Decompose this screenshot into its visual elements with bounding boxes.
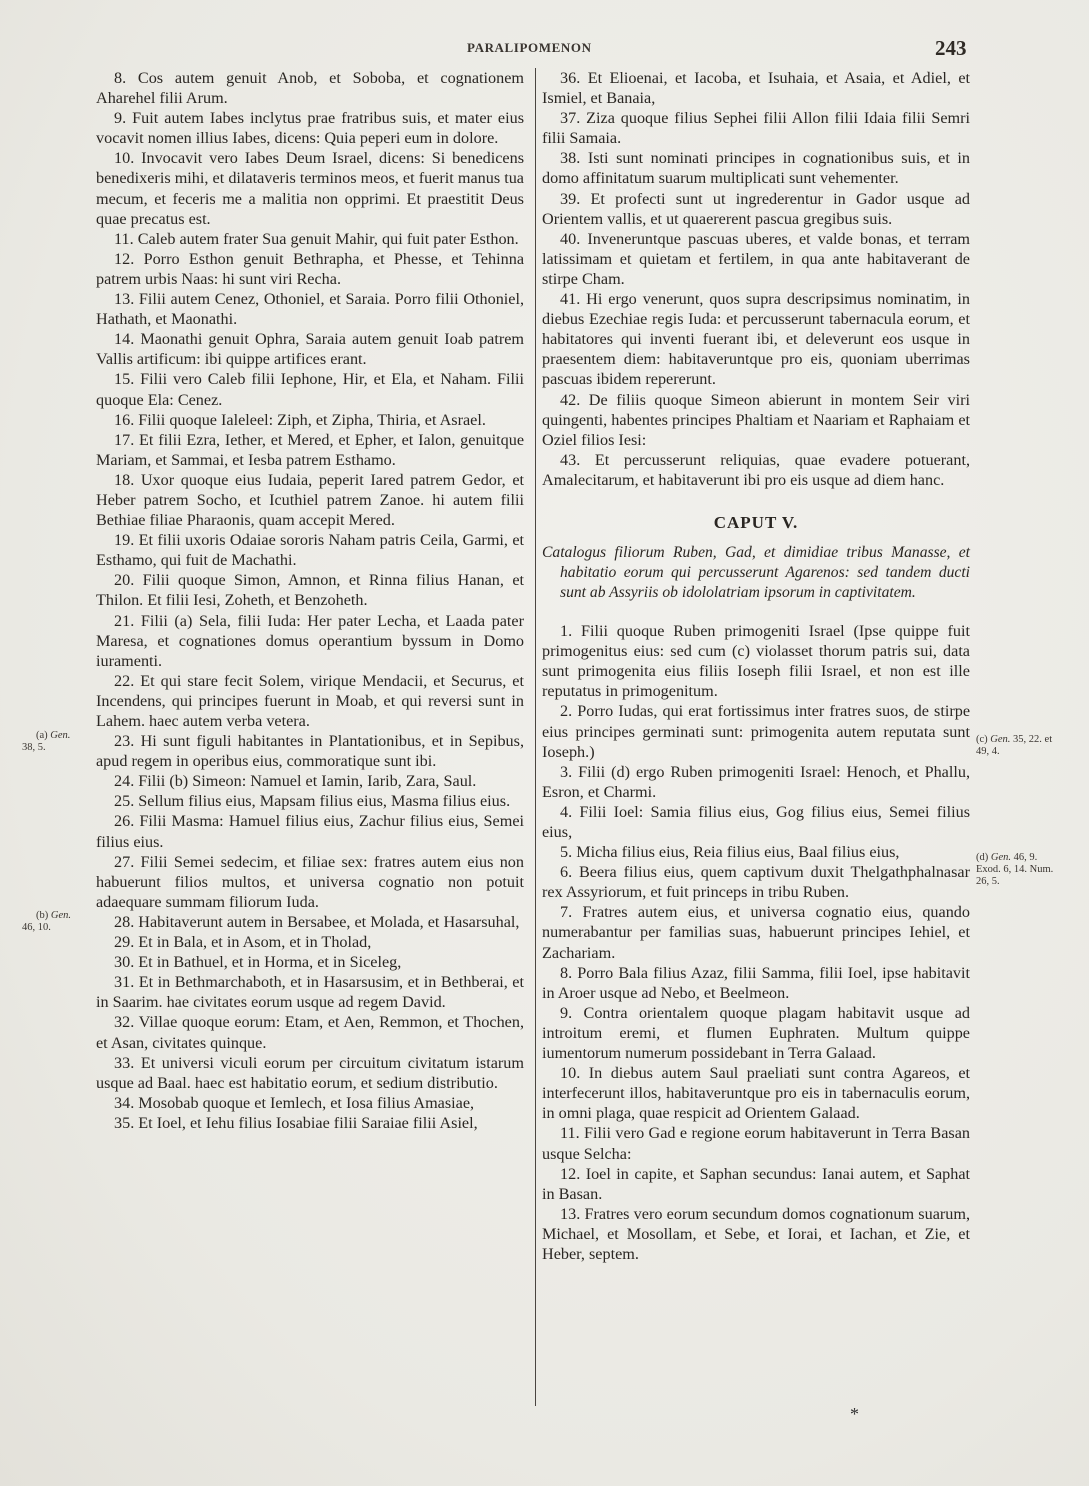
verse-text: Et qui stare fecit Solem, virique Mendac…	[96, 672, 524, 730]
verse-number: 28.	[114, 913, 134, 931]
verse-text: Filii autem Cenez, Othoniel, et Saraia. …	[96, 290, 524, 328]
verse: 38. Isti sunt nominati principes in cogn…	[542, 148, 970, 188]
verse-text: Filii (a) Sela, filii Iuda: Her pater Le…	[96, 612, 524, 670]
verse: 1. Filii quoque Ruben primogeniti Israel…	[542, 621, 970, 701]
verse-number: 8.	[114, 69, 126, 87]
verse-text: Et universi viculi eorum per circuitum c…	[96, 1054, 524, 1092]
verse-text: Habitaverunt autem in Bersabee, et Molad…	[138, 913, 519, 931]
note-detail: 35, 22. et 49, 4.	[976, 734, 1052, 757]
verse: 30. Et in Bathuel, et in Horma, et in Si…	[96, 952, 524, 972]
verse-number: 13.	[114, 290, 134, 308]
verse: 10. In diebus autem Saul praeliati sunt …	[542, 1063, 970, 1123]
column-divider	[535, 68, 536, 1406]
verse: 7. Fratres autem eius, et universa cogna…	[542, 902, 970, 962]
verse: 4. Filii Ioel: Samia filius eius, Gog fi…	[542, 802, 970, 842]
verse-number: 42.	[560, 391, 580, 409]
verse: 6. Beera filius eius, quem captivum duxi…	[542, 862, 970, 902]
verse: 40. Inveneruntque pascuas uberes, et val…	[542, 229, 970, 289]
book-page: PARALIPOMENON 243 8. Cos autem genuit An…	[0, 0, 1089, 1486]
verse-number: 41.	[560, 290, 580, 308]
verse: 8. Porro Bala filius Azaz, filii Samma, …	[542, 963, 970, 1003]
verse-number: 31.	[114, 973, 134, 991]
verse-text: Et in Bethmarchaboth, et in Hasarsusim, …	[96, 973, 524, 1011]
note-label: (a)	[22, 730, 48, 741]
verse-text: Hi ergo venerunt, quos supra descripsimu…	[542, 290, 970, 388]
verse: 10. Invocavit vero Iabes Deum Israel, di…	[96, 148, 524, 228]
verse-text: Porro Iudas, qui erat fortissimus inter …	[542, 702, 970, 760]
verse-text: Et profecti sunt ut ingrederentur in Gad…	[542, 190, 970, 228]
verse-text: Filii Ioel: Samia filius eius, Gog filiu…	[542, 803, 970, 841]
verse-number: 9.	[560, 1004, 572, 1022]
verse-number: 27.	[114, 853, 134, 871]
verse-number: 18.	[114, 471, 134, 489]
note-ref: Gen.	[990, 734, 1010, 745]
verse: 41. Hi ergo venerunt, quos supra descrip…	[542, 289, 970, 389]
left-column: 8. Cos autem genuit Anob, et Soboba, et …	[96, 68, 524, 1133]
verse-text: Ioel in capite, et Saphan secundus: Iana…	[542, 1165, 970, 1203]
verse-number: 26.	[114, 812, 134, 830]
verse-text: Fratres autem eius, et universa cognatio…	[542, 903, 970, 961]
verse-number: 7.	[560, 903, 572, 921]
verse-number: 2.	[560, 702, 572, 720]
right-column: 36. Et Elioenai, et Iacoba, et Isuhaia, …	[542, 68, 970, 1264]
verse-number: 30.	[114, 953, 134, 971]
verse: 23. Hi sunt figuli habitantes in Plantat…	[96, 731, 524, 771]
verse-text: Et in Bala, et in Asom, et in Tholad,	[138, 933, 371, 951]
note-detail: 46, 9. Exod. 6, 14. Num. 26, 5.	[976, 852, 1053, 887]
verse-text: Filii quoque Ruben primogeniti Israel (I…	[542, 622, 970, 700]
verse-number: 19.	[114, 531, 134, 549]
verse-number: 21.	[114, 612, 134, 630]
verse-number: 40.	[560, 230, 580, 248]
verse-text: Porro Esthon genuit Bethrapha, et Phesse…	[96, 250, 524, 288]
note-label: (d)	[976, 852, 988, 863]
verse-number: 29.	[114, 933, 134, 951]
verse-number: 38.	[560, 149, 580, 167]
verse-text: Filii vero Caleb filii Iephone, Hir, et …	[96, 370, 524, 408]
verse-number: 39.	[560, 190, 580, 208]
verse: 39. Et profecti sunt ut ingrederentur in…	[542, 189, 970, 229]
verse: 9. Fuit autem Iabes inclytus prae fratri…	[96, 108, 524, 148]
verse-text: Cos autem genuit Anob, et Soboba, et cog…	[96, 69, 524, 107]
verse-number: 36.	[560, 69, 580, 87]
verse-text: Filii vero Gad e regione eorum habitaver…	[542, 1124, 970, 1162]
verse: 14. Maonathi genuit Ophra, Saraia autem …	[96, 329, 524, 369]
margin-note-a: (a) Gen. 38, 5.	[22, 730, 70, 754]
verse-text: Contra orientalem quoque plagam habitavi…	[542, 1004, 970, 1062]
verse-number: 15.	[114, 370, 134, 388]
margin-note-d: (d) Gen. 46, 9. Exod. 6, 14. Num. 26, 5.	[976, 852, 1060, 888]
verse-text: Filii quoque Ialeleel: Ziph, et Zipha, T…	[138, 411, 486, 429]
verse-number: 34.	[114, 1094, 134, 1112]
verse-number: 43.	[560, 451, 580, 469]
verse-number: 6.	[560, 863, 572, 881]
verse: 2. Porro Iudas, qui erat fortissimus int…	[542, 701, 970, 761]
verse-number: 24.	[114, 772, 134, 790]
verse-text: Et in Bathuel, et in Horma, et in Sicele…	[138, 953, 401, 971]
verse: 20. Filii quoque Simon, Amnon, et Rinna …	[96, 570, 524, 610]
verse-number: 13.	[560, 1205, 580, 1223]
verse-text: Sellum filius eius, Mapsam filius eius, …	[138, 792, 510, 810]
verse-text: Fuit autem Iabes inclytus prae fratribus…	[96, 109, 524, 147]
verse: 34. Mosobab quoque et Iemlech, et Iosa f…	[96, 1093, 524, 1113]
verse: 36. Et Elioenai, et Iacoba, et Isuhaia, …	[542, 68, 970, 108]
verse-text: Invocavit vero Iabes Deum Israel, dicens…	[96, 149, 524, 227]
running-title: PARALIPOMENON	[467, 40, 592, 56]
verse-text: De filiis quoque Simeon abierunt in mont…	[542, 391, 970, 449]
verse: 42. De filiis quoque Simeon abierunt in …	[542, 390, 970, 450]
verse-text: Isti sunt nominati principes in cognatio…	[542, 149, 970, 187]
verse-number: 14.	[114, 330, 134, 348]
verse-text: Et filii Ezra, Iether, et Mered, et Ephe…	[96, 431, 524, 469]
verse-text: Hi sunt figuli habitantes in Plantationi…	[96, 732, 524, 770]
verse: 5. Micha filius eius, Reia filius eius, …	[542, 842, 970, 862]
verse: 35. Et Ioel, et Iehu filius Iosabiae fil…	[96, 1113, 524, 1133]
note-ref: Gen.	[50, 730, 70, 741]
verse-number: 10.	[560, 1064, 580, 1082]
verses-chapter-v: 1. Filii quoque Ruben primogeniti Israel…	[542, 621, 970, 1264]
verse: 9. Contra orientalem quoque plagam habit…	[542, 1003, 970, 1063]
verse-number: 35.	[114, 1114, 134, 1132]
verse-text: Et Ioel, et Iehu filius Iosabiae filii S…	[138, 1114, 477, 1132]
verse: 12. Ioel in capite, et Saphan secundus: …	[542, 1164, 970, 1204]
verse-number: 11.	[114, 230, 134, 248]
note-label: (c)	[976, 734, 988, 745]
verse: 19. Et filii uxoris Odaiae sororis Naham…	[96, 530, 524, 570]
verse-number: 33.	[114, 1054, 134, 1072]
signature-mark: *	[850, 1404, 859, 1425]
verse: 24. Filii (b) Simeon: Namuel et Iamin, I…	[96, 771, 524, 791]
verse-number: 12.	[114, 250, 134, 268]
verse-number: 9.	[114, 109, 126, 127]
verse-text: Et percusserunt reliquias, quae evadere …	[542, 451, 970, 489]
margin-note-c: (c) Gen. 35, 22. et 49, 4.	[976, 734, 1066, 758]
verse-text: Et filii uxoris Odaiae sororis Naham pat…	[96, 531, 524, 569]
verse-text: Fratres vero eorum secundum domos cognat…	[542, 1205, 970, 1263]
verse: 22. Et qui stare fecit Solem, virique Me…	[96, 671, 524, 731]
running-head: PARALIPOMENON 243	[0, 38, 1089, 62]
margin-note-b: (b) Gen. 46, 10.	[22, 910, 71, 934]
verse-number: 11.	[560, 1124, 580, 1142]
verse-number: 32.	[114, 1013, 134, 1031]
verse-text: Caleb autem frater Sua genuit Mahir, qui…	[138, 230, 519, 248]
verse: 25. Sellum filius eius, Mapsam filius ei…	[96, 791, 524, 811]
verse-number: 20.	[114, 571, 134, 589]
verse-number: 5.	[560, 843, 572, 861]
verse-text: Maonathi genuit Ophra, Saraia autem genu…	[96, 330, 524, 368]
verse-number: 22.	[114, 672, 134, 690]
verse-text: Inveneruntque pascuas uberes, et valde b…	[542, 230, 970, 288]
verse: 18. Uxor quoque eius Iudaia, peperit Iar…	[96, 470, 524, 530]
verse: 12. Porro Esthon genuit Bethrapha, et Ph…	[96, 249, 524, 289]
note-ref: Gen.	[991, 852, 1011, 863]
page-number: 243	[935, 36, 967, 61]
verse-text: Filii quoque Simon, Amnon, et Rinna fili…	[96, 571, 524, 609]
note-detail: 38, 5.	[22, 742, 46, 753]
verse: 28. Habitaverunt autem in Bersabee, et M…	[96, 912, 524, 932]
verse: 8. Cos autem genuit Anob, et Soboba, et …	[96, 68, 524, 108]
verse-text: Uxor quoque eius Iudaia, peperit Iared p…	[96, 471, 524, 529]
verse: 29. Et in Bala, et in Asom, et in Tholad…	[96, 932, 524, 952]
verse: 15. Filii vero Caleb filii Iephone, Hir,…	[96, 369, 524, 409]
verse-text: Et Elioenai, et Iacoba, et Isuhaia, et A…	[542, 69, 970, 107]
verse: 13. Filii autem Cenez, Othoniel, et Sara…	[96, 289, 524, 329]
verse-number: 3.	[560, 763, 572, 781]
verse: 27. Filii Semei sedecim, et filiae sex: …	[96, 852, 524, 912]
verse: 11. Filii vero Gad e regione eorum habit…	[542, 1123, 970, 1163]
verse-text: Ziza quoque filius Sephei filii Allon fi…	[542, 109, 970, 147]
verse-text: Filii Masma: Hamuel filius eius, Zachur …	[96, 812, 524, 850]
verse-text: Micha filius eius, Reia filius eius, Baa…	[576, 843, 899, 861]
verse: 32. Villae quoque eorum: Etam, et Aen, R…	[96, 1012, 524, 1052]
verse-text: Beera filius eius, quem captivum duxit T…	[542, 863, 970, 901]
verse: 21. Filii (a) Sela, filii Iuda: Her pate…	[96, 611, 524, 671]
verse-number: 10.	[114, 149, 134, 167]
verse: 13. Fratres vero eorum secundum domos co…	[542, 1204, 970, 1264]
verse: 31. Et in Bethmarchaboth, et in Hasarsus…	[96, 972, 524, 1012]
verse: 11. Caleb autem frater Sua genuit Mahir,…	[96, 229, 524, 249]
verse: 17. Et filii Ezra, Iether, et Mered, et …	[96, 430, 524, 470]
verse-text: Porro Bala filius Azaz, filii Samma, fil…	[542, 964, 970, 1002]
verse-number: 12.	[560, 1165, 580, 1183]
verse: 37. Ziza quoque filius Sephei filii Allo…	[542, 108, 970, 148]
verses-chapter-iv-end: 36. Et Elioenai, et Iacoba, et Isuhaia, …	[542, 68, 970, 490]
chapter-summary: Catalogus filiorum Ruben, Gad, et dimidi…	[542, 543, 970, 603]
verse: 16. Filii quoque Ialeleel: Ziph, et Ziph…	[96, 410, 524, 430]
verse: 3. Filii (d) ergo Ruben primogeniti Isra…	[542, 762, 970, 802]
verse: 26. Filii Masma: Hamuel filius eius, Zac…	[96, 811, 524, 851]
note-ref: Gen.	[51, 910, 71, 921]
verse-number: 25.	[114, 792, 134, 810]
verse-text: Filii (b) Simeon: Namuel et Iamin, Iarib…	[138, 772, 476, 790]
verse-number: 16.	[114, 411, 134, 429]
verse: 43. Et percusserunt reliquias, quae evad…	[542, 450, 970, 490]
chapter-heading: CAPUT V.	[542, 513, 970, 533]
verse-number: 4.	[560, 803, 572, 821]
verse-text: Mosobab quoque et Iemlech, et Iosa filiu…	[138, 1094, 474, 1112]
verse-text: Filii (d) ergo Ruben primogeniti Israel:…	[542, 763, 970, 801]
verse-text: In diebus autem Saul praeliati sunt cont…	[542, 1064, 970, 1122]
verse-number: 17.	[114, 431, 134, 449]
verse-text: Villae quoque eorum: Etam, et Aen, Remmo…	[96, 1013, 524, 1051]
verse-number: 8.	[560, 964, 572, 982]
note-label: (b)	[22, 910, 48, 921]
verse-text: Filii Semei sedecim, et filiae sex: frat…	[96, 853, 524, 911]
verse-number: 1.	[560, 622, 572, 640]
note-detail: 46, 10.	[22, 922, 51, 933]
verse-number: 37.	[560, 109, 580, 127]
verse-number: 23.	[114, 732, 134, 750]
verse: 33. Et universi viculi eorum per circuit…	[96, 1053, 524, 1093]
